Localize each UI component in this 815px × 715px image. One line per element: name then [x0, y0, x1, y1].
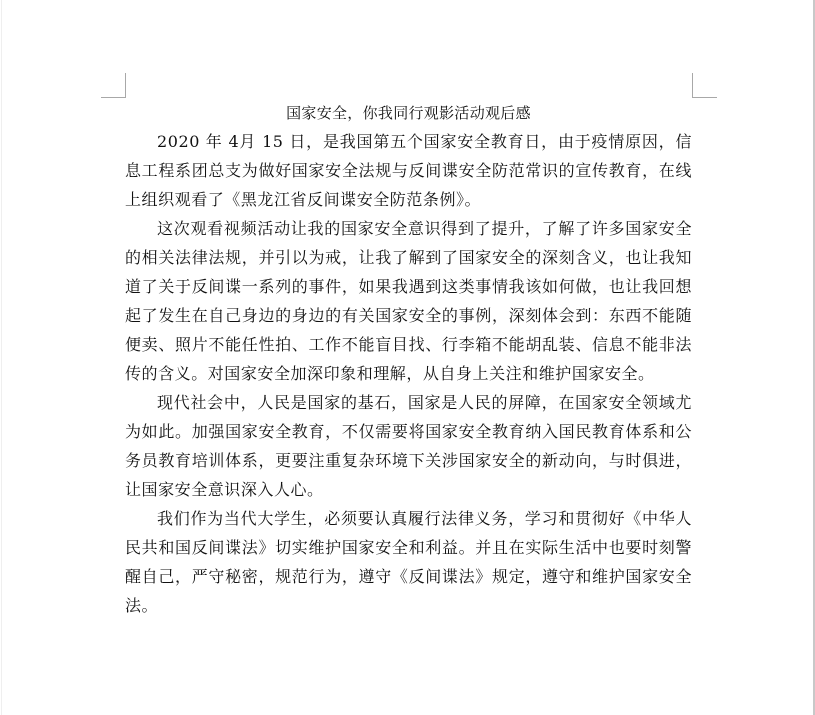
document-title: 国家安全，你我同行观影活动观后感: [125, 99, 692, 127]
paragraph-2: 这次观看视频活动让我的国家安全意识得到了提升，了解了许多国家安全的相关法律法规，…: [125, 214, 692, 388]
paragraph-3: 现代社会中，人民是国家的基石，国家是人民的屏障，在国家安全领域尤为如此。加强国家…: [125, 388, 692, 504]
paragraph-1: 2020 年 4月 15 日，是我国第五个国家安全教育日，由于疫情原因，信息工程…: [125, 127, 692, 214]
margin-corner-mark-top-left: [101, 73, 126, 98]
document-body[interactable]: 国家安全，你我同行观影活动观后感 2020 年 4月 15 日，是我国第五个国家…: [125, 99, 692, 620]
margin-corner-mark-top-right: [692, 73, 717, 98]
paragraph-4: 我们作为当代大学生，必须要认真履行法律义务，学习和贯彻好《中华人民共和国反间谍法…: [125, 504, 692, 620]
document-page: 国家安全，你我同行观影活动观后感 2020 年 4月 15 日，是我国第五个国家…: [1, 0, 813, 715]
